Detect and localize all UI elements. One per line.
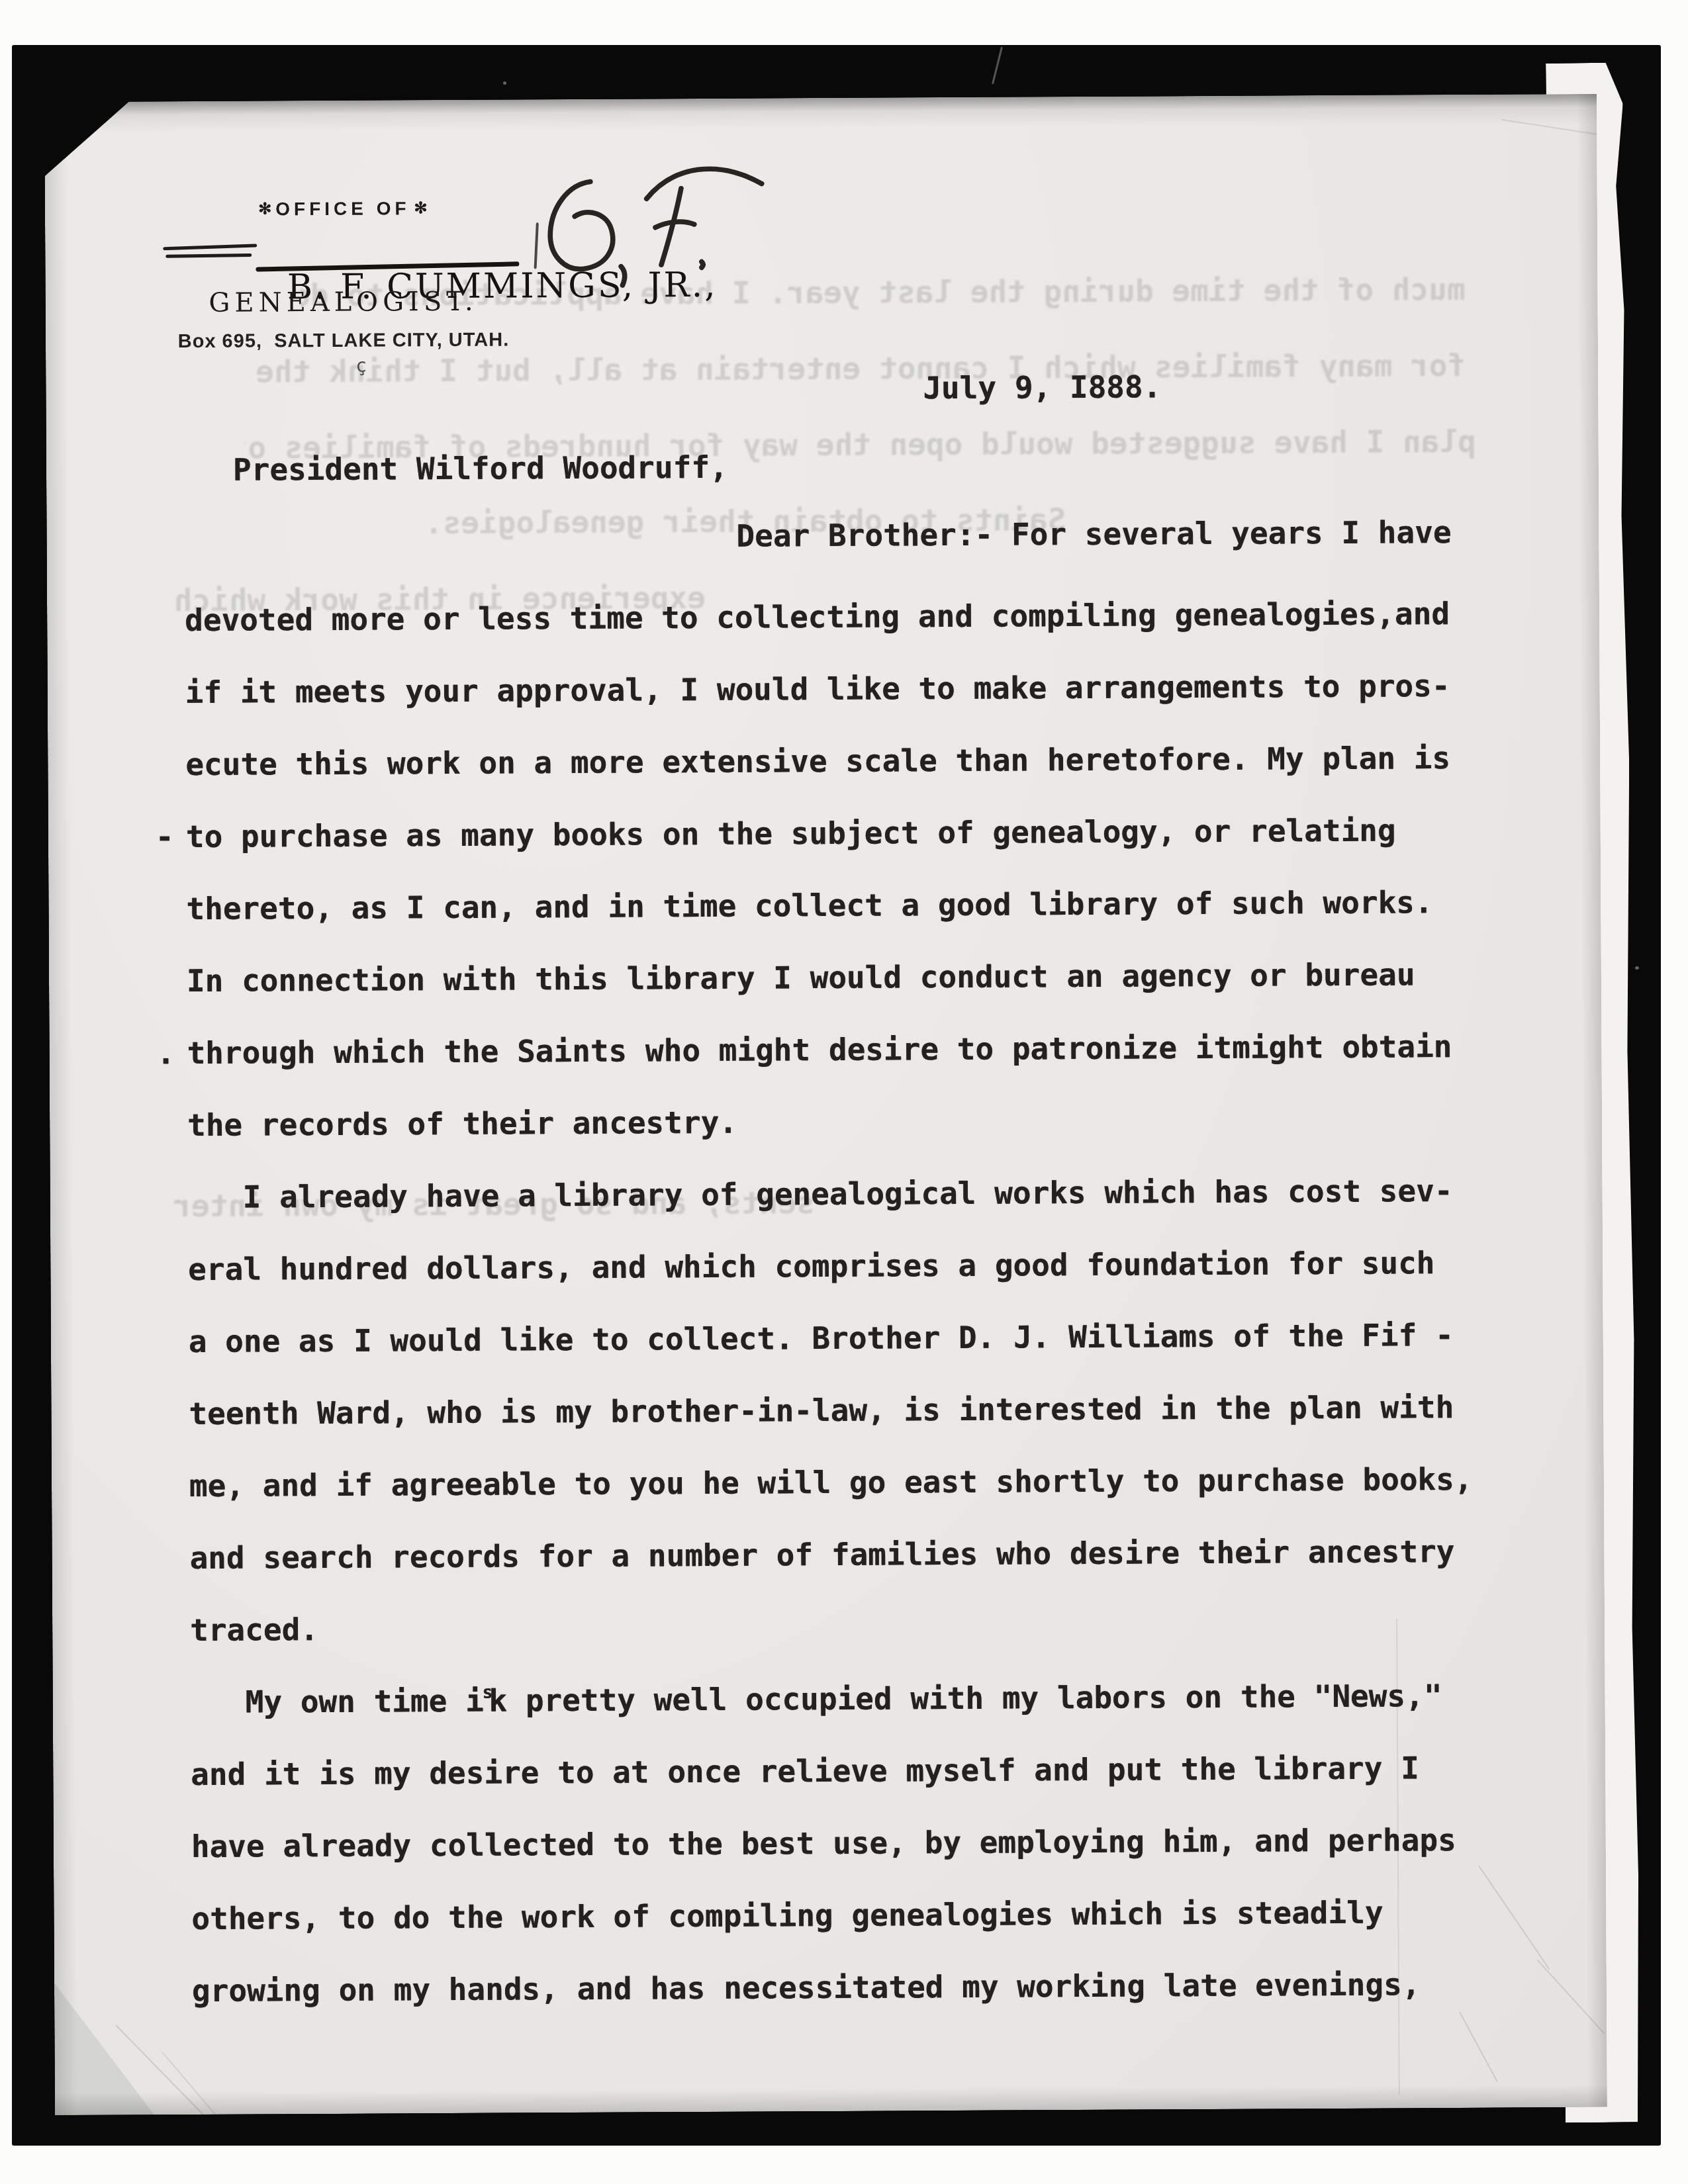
date-line: July 9, I888. [923, 369, 1161, 406]
handwritten-initials [540, 159, 771, 290]
dog-ear-fold [54, 1982, 154, 2115]
typed-line: thereto, as I can, and in time collect a… [186, 884, 1432, 929]
scan-edge-shading [44, 94, 1607, 2115]
typed-line: if it meets your approval, I would like … [185, 668, 1450, 713]
typed-line: traced. [190, 1612, 318, 1651]
address-line: Box 695, SALT LAKE CITY, UTAH. [158, 329, 529, 353]
scanner-bed: much of the time during the last year. I… [12, 45, 1661, 2146]
ghost-bleedthrough-line: for many families which I cannot enterta… [152, 347, 1466, 392]
stray-cedilla-mark: ç [355, 355, 375, 377]
salutation-line: Dear Brother:- For several years I have [736, 514, 1451, 554]
typed-line: a one as I would like to collect. Brothe… [189, 1317, 1454, 1362]
typed-line: In connection with this library I would … [187, 956, 1415, 1001]
stray-pen-mark [992, 46, 1003, 84]
margin-mark: . [156, 1035, 175, 1071]
typed-line: ecute this work on a more extensive scal… [185, 740, 1450, 785]
letter-page: much of the time during the last year. I… [44, 94, 1607, 2115]
margin-mark: - [156, 819, 174, 854]
typed-line: -to purchase as many books on the subjec… [186, 812, 1396, 857]
typed-line: and it is my desire to at once relieve m… [191, 1750, 1419, 1795]
fold-crease [162, 2052, 228, 2128]
typed-line: .through which the Saints who might desi… [187, 1028, 1452, 1073]
office-of-line: ✻OFFICE OF✻ [158, 197, 528, 220]
asterisk-star-icon: ✻ [254, 200, 275, 218]
typed-line: growing on my hands, and has necessitate… [192, 1966, 1421, 2011]
typed-line: me, and if agreeable to you he will go e… [189, 1461, 1473, 1506]
typed-line: others, to do the work of compiling gene… [191, 1895, 1383, 1939]
asterisk-star-icon: ✻ [410, 199, 431, 217]
typed-line: teenth Ward, who is my brother-in-law, i… [189, 1389, 1454, 1434]
dust-speck [503, 81, 506, 85]
typed-line: My own time isk pretty well occupied wit… [246, 1678, 1442, 1722]
recipient-line: President Wilford Woodruff, [233, 449, 728, 488]
scratch-mark [1459, 2012, 1498, 2083]
typed-line: eral hundred dollars, and which comprise… [188, 1245, 1434, 1290]
ghost-lines: much of the time during the last year. I… [44, 94, 1597, 102]
typed-line: the records of their ancestry. [187, 1105, 737, 1146]
scratch-mark [1478, 1866, 1550, 1970]
scanned-letter-screenshot: much of the time during the last year. I… [0, 0, 1688, 2184]
typed-line: have already collected to the best use, … [191, 1822, 1456, 1867]
scratch-mark [1537, 1960, 1605, 2034]
dust-speck [1635, 966, 1639, 970]
pen-tick-mark [534, 222, 539, 269]
typed-line: devoted more or less time to collecting … [185, 596, 1450, 641]
body-lines: devoted more or less time to collecting … [44, 94, 1597, 102]
genealogist-line: GENEALOGIST. [158, 286, 529, 318]
office-of-text: OFFICE OF [275, 198, 410, 219]
typed-line: and search records for a number of famil… [189, 1533, 1454, 1578]
typed-line: I already have a library of genealogical… [243, 1173, 1453, 1218]
